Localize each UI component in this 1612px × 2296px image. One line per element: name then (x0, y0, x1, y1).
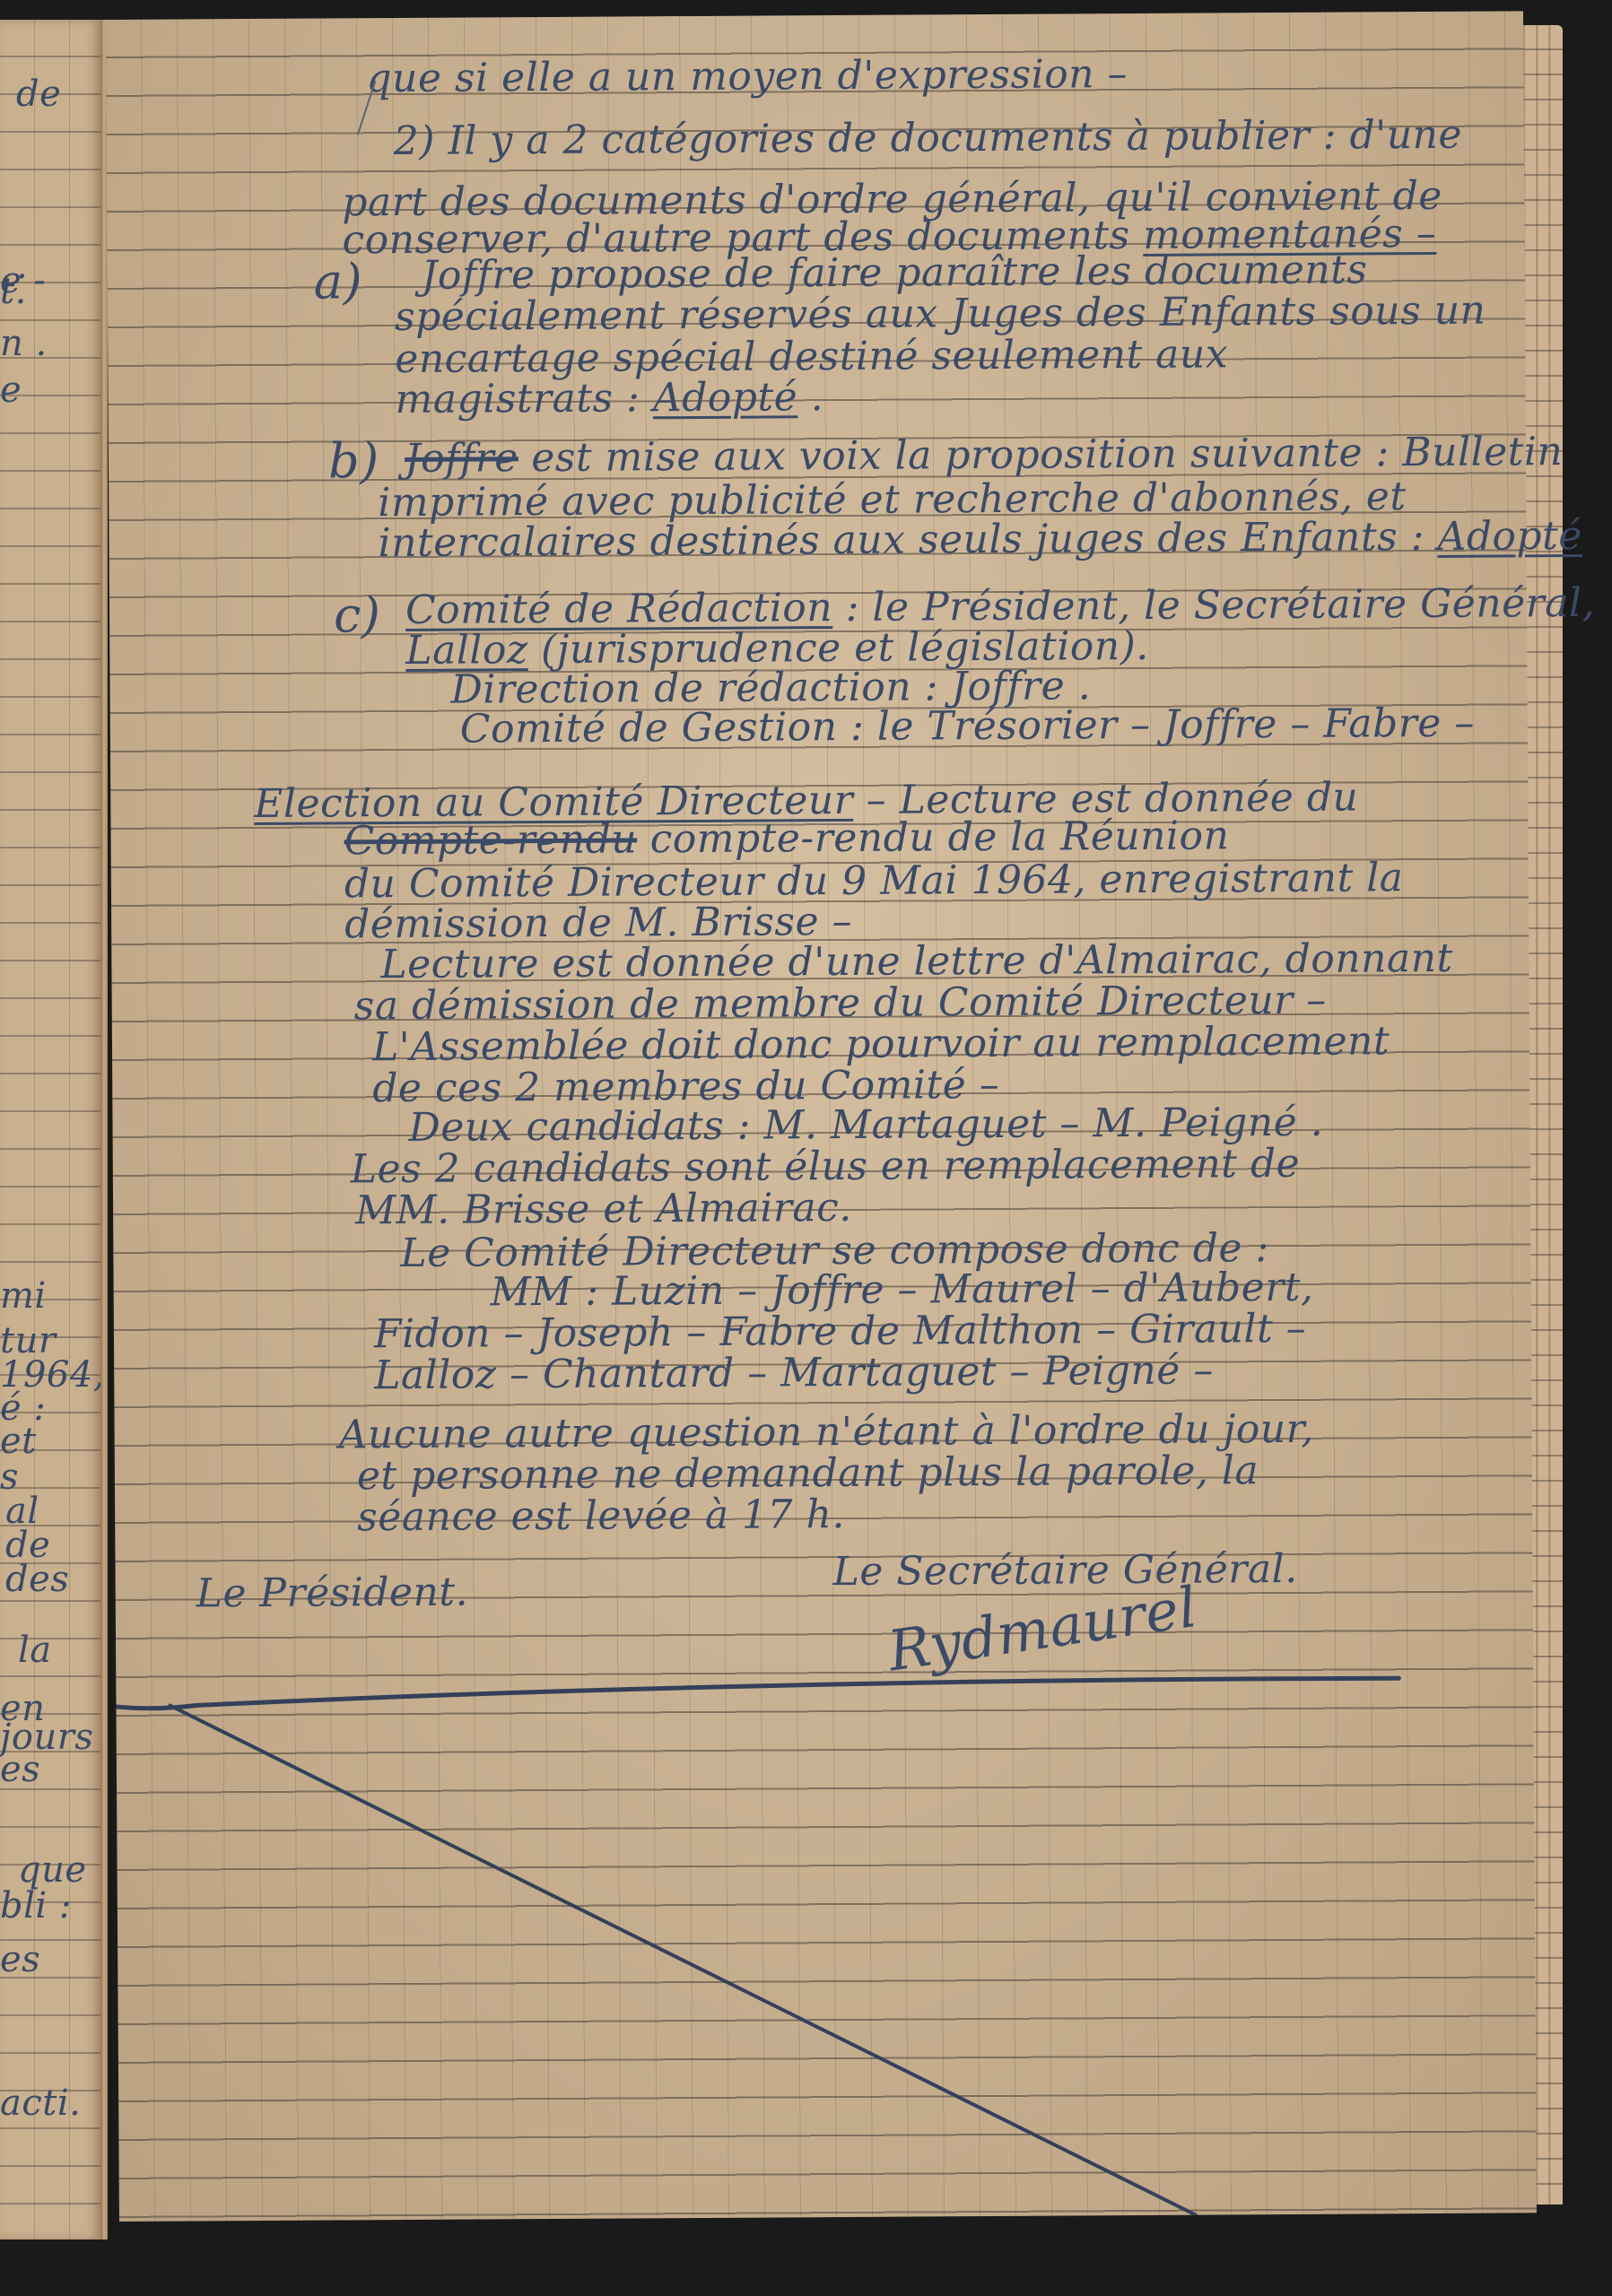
left-fragment: n . (0, 323, 48, 364)
notebook-spine (100, 20, 108, 2239)
left-fragment: des (5, 1559, 69, 1600)
left-fragment: la (18, 1630, 52, 1671)
left-fragment: es (0, 1939, 40, 1980)
left-fragment: t. (0, 271, 27, 312)
closing-strike-lines (106, 11, 1537, 2222)
left-fragment: acti. (0, 2083, 81, 2124)
left-fragment: es (0, 1749, 40, 1790)
left-page-fragment: de . e - t. n . e mi tur 1964, é : et s … (0, 20, 100, 2239)
left-fragment: de (16, 74, 61, 115)
left-fragment: e (0, 370, 22, 411)
left-fragment: bli : (0, 1885, 72, 1926)
left-fragment: mi (0, 1275, 47, 1317)
notebook-page: que si elle a un moyen d'expression – 2)… (106, 11, 1537, 2222)
